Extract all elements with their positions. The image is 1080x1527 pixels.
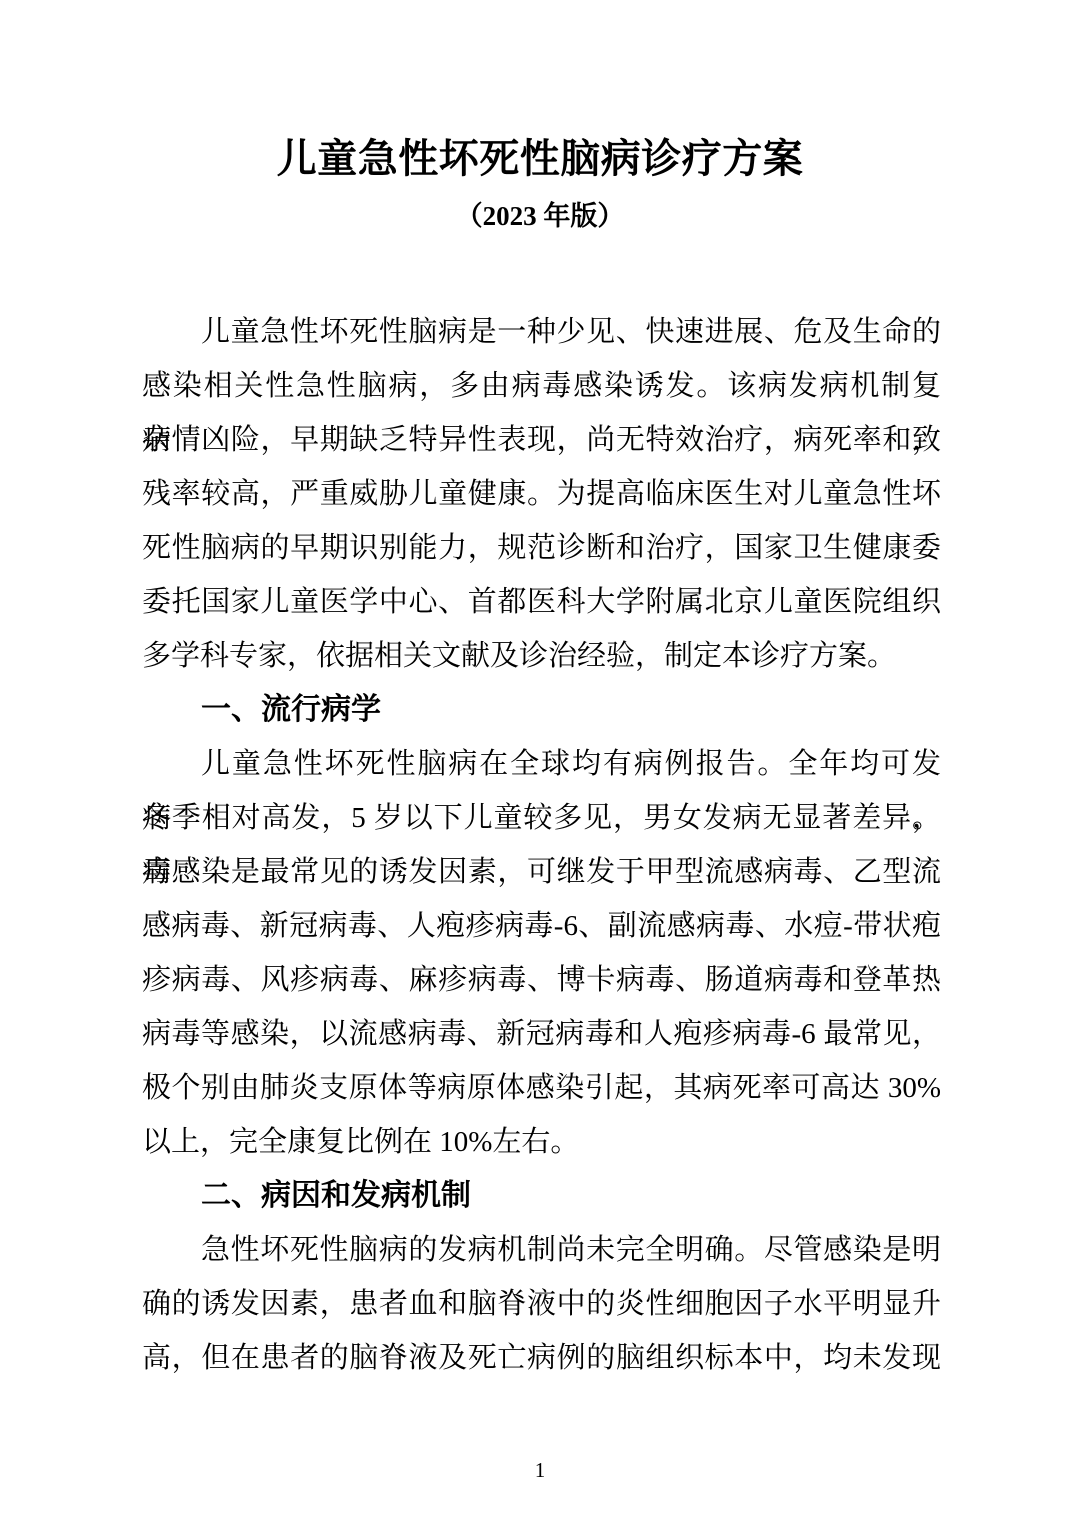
paragraph-line: 以上，完全康复比例在 10%左右。: [142, 1115, 941, 1169]
paragraph-line: 感病毒、新冠病毒、人疱疹病毒-6、副流感病毒、水痘-带状疱: [142, 899, 941, 953]
paragraph-line: 儿童急性坏死性脑病在全球均有病例报告。全年均可发病，: [142, 737, 941, 791]
section-heading-etiology: 二、病因和发病机制: [142, 1169, 941, 1223]
paragraph-line: 病毒等感染，以流感病毒、新冠病毒和人疱疹病毒-6 最常见，: [142, 1007, 941, 1061]
paragraph-line: 死性脑病的早期识别能力，规范诊断和治疗，国家卫生健康委: [142, 521, 941, 575]
document-page: 儿童急性坏死性脑病诊疗方案 （2023 年版） 儿童急性坏死性脑病是一种少见、快…: [0, 0, 1080, 1527]
paragraph-line: 儿童急性坏死性脑病是一种少见、快速进展、危及生命的: [142, 305, 941, 359]
paragraph-line: 感染相关性急性脑病，多由病毒感染诱发。该病发病机制复杂，: [142, 359, 941, 413]
paragraph-line: 疹病毒、风疹病毒、麻疹病毒、博卡病毒、肠道病毒和登革热: [142, 953, 941, 1007]
document-title: 儿童急性坏死性脑病诊疗方案: [0, 136, 1080, 182]
section-heading-epidemiology: 一、流行病学: [142, 683, 941, 737]
paragraph-line: 确的诱发因素，患者血和脑脊液中的炎性细胞因子水平明显升: [142, 1277, 941, 1331]
paragraph-line: 残率较高，严重威胁儿童健康。为提高临床医生对儿童急性坏: [142, 467, 941, 521]
paragraph-line: 极个别由肺炎支原体等病原体感染引起，其病死率可高达 30%: [142, 1061, 941, 1115]
paragraph-line: 毒感染是最常见的诱发因素，可继发于甲型流感病毒、乙型流: [142, 845, 941, 899]
paragraph-line: 多学科专家，依据相关文献及诊治经验，制定本诊疗方案。: [142, 629, 941, 683]
document-subtitle: （2023 年版）: [0, 200, 1080, 232]
paragraph-line: 病情凶险，早期缺乏特异性表现，尚无特效治疗，病死率和致: [142, 413, 941, 467]
paragraph-line: 冬季相对高发，5 岁以下儿童较多见，男女发病无显著差异。病: [142, 791, 941, 845]
paragraph-line: 高，但在患者的脑脊液及死亡病例的脑组织标本中，均未发现: [142, 1331, 941, 1385]
page-number: 1: [0, 1458, 1080, 1482]
paragraph-line: 委托国家儿童医学中心、首都医科大学附属北京儿童医院组织: [142, 575, 941, 629]
document-body: 儿童急性坏死性脑病是一种少见、快速进展、危及生命的 感染相关性急性脑病，多由病毒…: [142, 305, 941, 1385]
paragraph-line: 急性坏死性脑病的发病机制尚未完全明确。尽管感染是明: [142, 1223, 941, 1277]
